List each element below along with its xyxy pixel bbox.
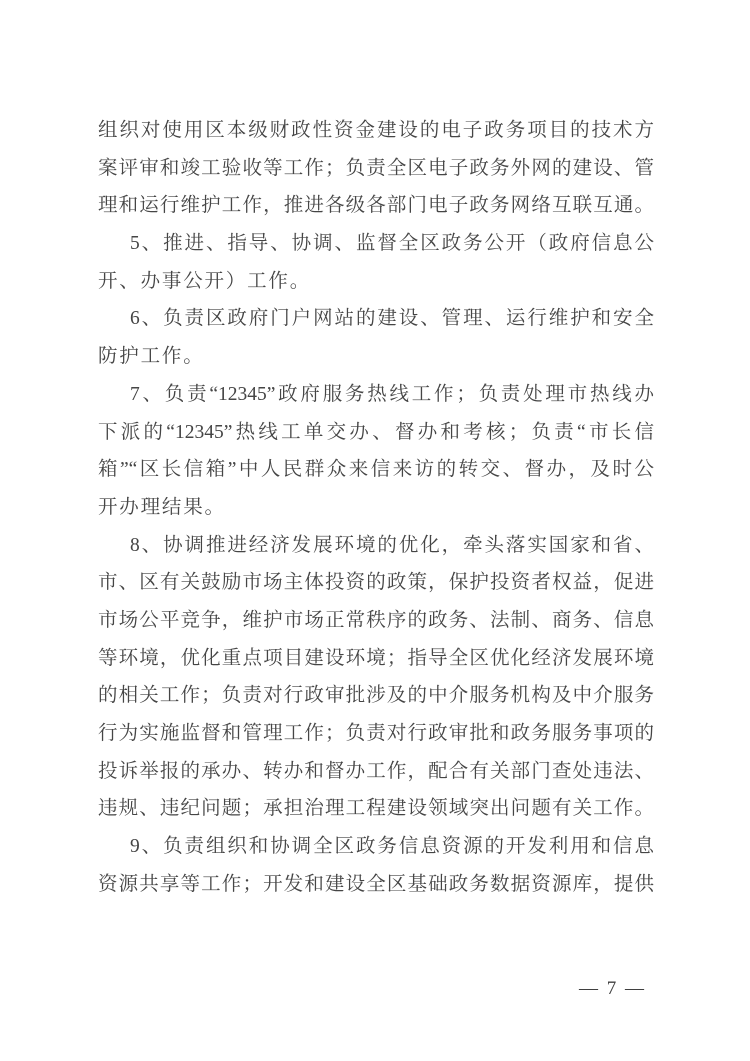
text-line: 9、负责组织和协调全区政务信息资源的开发利用和信息 (98, 828, 654, 866)
text-line: 组织对使用区本级财政性资金建设的电子政务项目的技术方 (98, 112, 654, 150)
text-line: 理和运行维护工作，推进各级各部门电子政务网络互联互通。 (98, 187, 654, 225)
text-line: 6、负责区政府门户网站的建设、管理、运行维护和安全 (98, 300, 654, 338)
para-5: 5、推进、指导、协调、监督全区政务公开（政府信息公开、办事公开）工作。 (98, 225, 654, 300)
text-block: 组织对使用区本级财政性资金建设的电子政务项目的技术方案评审和竣工验收等工作；负责… (98, 112, 654, 903)
text-line: 的相关工作；负责对行政审批涉及的中介服务机构及中介服务 (98, 677, 654, 715)
para-7: 7、负责“12345”政府服务热线工作；负责处理市热线办下派的“12345”热线… (98, 376, 654, 527)
document-page: 组织对使用区本级财政性资金建设的电子政务项目的技术方案评审和竣工验收等工作；负责… (0, 0, 750, 1061)
text-line: 等环境，优化重点项目建设环境；指导全区优化经济发展环境 (98, 640, 654, 678)
text-line: 下派的“12345”热线工单交办、督办和考核；负责“市长信 (98, 414, 654, 452)
text-line: 市、区有关鼓励市场主体投资的政策，保护投资者权益，促进 (98, 564, 654, 602)
text-line: 8、协调推进经济发展环境的优化，牵头落实国家和省、 (98, 527, 654, 565)
para-4-continuation: 组织对使用区本级财政性资金建设的电子政务项目的技术方案评审和竣工验收等工作；负责… (98, 112, 654, 225)
para-8: 8、协调推进经济发展环境的优化，牵头落实国家和省、市、区有关鼓励市场主体投资的政… (98, 527, 654, 829)
para-9: 9、负责组织和协调全区政务信息资源的开发利用和信息资源共享等工作；开发和建设全区… (98, 828, 654, 903)
text-line: 开、办事公开）工作。 (98, 263, 654, 301)
text-line: 资源共享等工作；开发和建设全区基础政务数据资源库，提供 (98, 866, 654, 904)
text-line: 7、负责“12345”政府服务热线工作；负责处理市热线办 (98, 376, 654, 414)
page-number: — 7 — (579, 976, 646, 1002)
text-line: 行为实施监督和管理工作；负责对行政审批和政务服务事项的 (98, 715, 654, 753)
para-6: 6、负责区政府门户网站的建设、管理、运行维护和安全防护工作。 (98, 300, 654, 375)
text-line: 案评审和竣工验收等工作；负责全区电子政务外网的建设、管 (98, 150, 654, 188)
text-line: 箱”“区长信箱”中人民群众来信来访的转交、督办，及时公 (98, 451, 654, 489)
text-line: 5、推进、指导、协调、监督全区政务公开（政府信息公 (98, 225, 654, 263)
text-line: 防护工作。 (98, 338, 654, 376)
text-line: 市场公平竞争，维护市场正常秩序的政务、法制、商务、信息 (98, 602, 654, 640)
text-line: 开办理结果。 (98, 489, 654, 527)
text-line: 违规、违纪问题；承担治理工程建设领域突出问题有关工作。 (98, 790, 654, 828)
text-line: 投诉举报的承办、转办和督办工作，配合有关部门查处违法、 (98, 753, 654, 791)
